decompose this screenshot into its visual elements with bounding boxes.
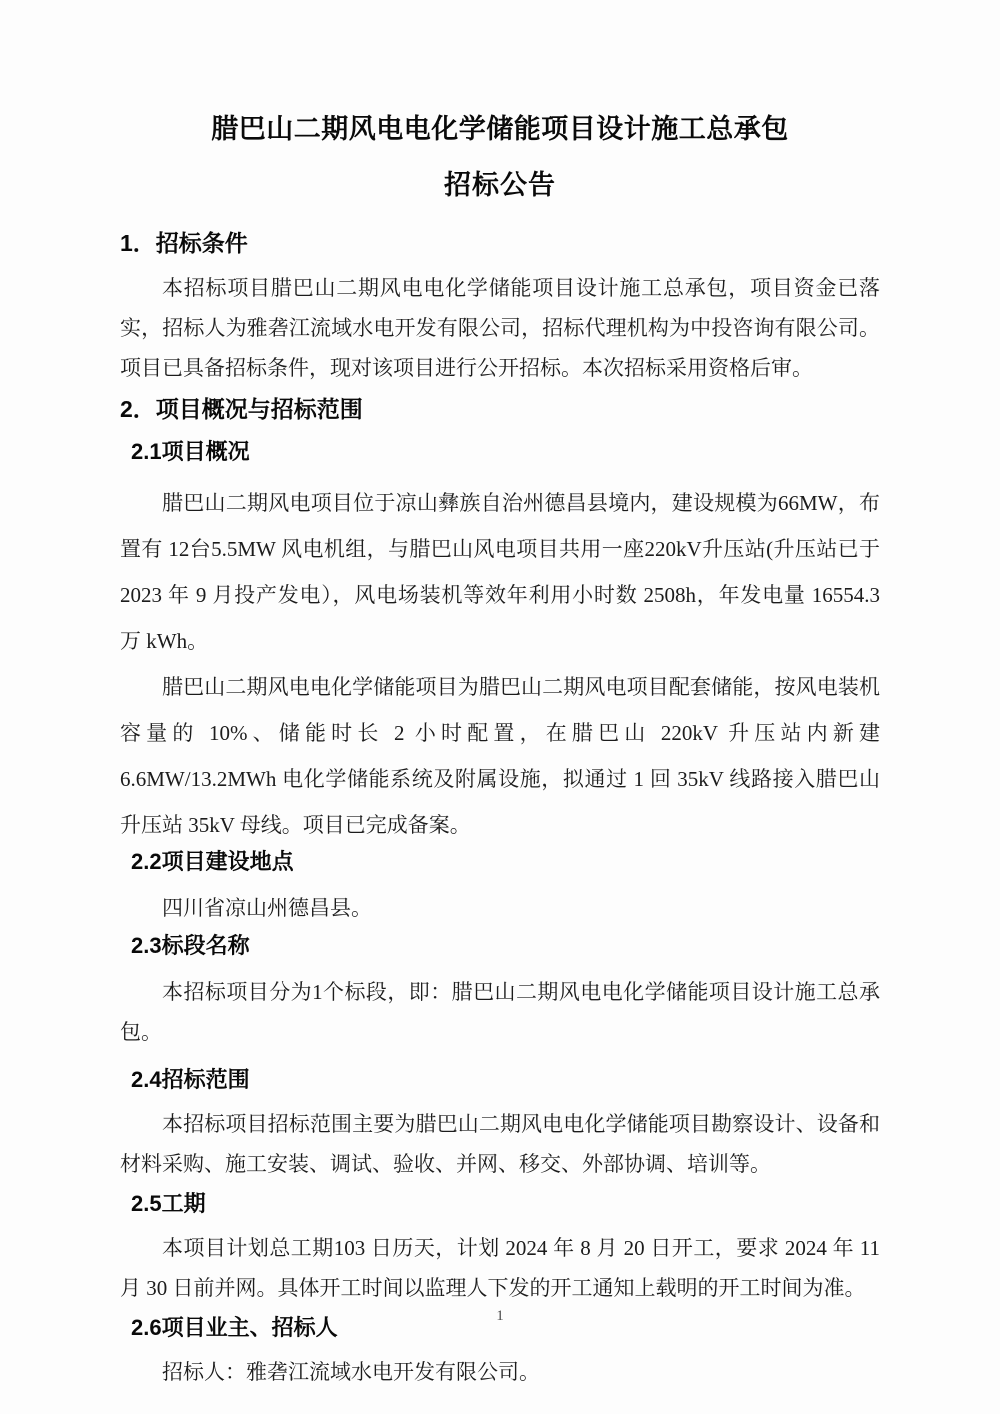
paragraph-bidding-scope: 本招标项目招标范围主要为腊巴山二期风电电化学储能项目勘察设计、设备和材料采购、施… bbox=[120, 1104, 880, 1184]
document-content: 腊巴山二期风电电化学储能项目设计施工总承包 招标公告 1．招标条件 本招标项目腊… bbox=[0, 0, 1000, 1392]
document-title: 腊巴山二期风电电化学储能项目设计施工总承包 bbox=[120, 110, 880, 148]
subsection-heading-2-4-bidding-scope: 2.4招标范围 bbox=[120, 1066, 880, 1094]
paragraph-project-location: 四川省凉山州德昌县。 bbox=[120, 888, 880, 928]
paragraph-section-name: 本招标项目分为1个标段，即：腊巴山二期风电电化学储能项目设计施工总承包。 bbox=[120, 972, 880, 1052]
page-number: 1 bbox=[0, 1308, 1000, 1325]
subsection-heading-2-5-construction-period: 2.5工期 bbox=[120, 1190, 880, 1218]
section-heading-2-project-overview-and-scope: 2．项目概况与招标范围 bbox=[120, 394, 880, 424]
subsection-heading-2-3-section-name: 2.3标段名称 bbox=[120, 932, 880, 960]
subsection-heading-2-1-project-overview: 2.1项目概况 bbox=[120, 438, 880, 466]
section-heading-1-bidding-conditions: 1．招标条件 bbox=[120, 228, 880, 258]
paragraph-bidding-conditions: 本招标项目腊巴山二期风电电化学储能项目设计施工总承包，项目资金已落实，招标人为雅… bbox=[120, 268, 880, 388]
paragraph-project-overview-wind-farm: 腊巴山二期风电项目位于凉山彝族自治州德昌县境内，建设规模为66MW，布置有 12… bbox=[120, 480, 880, 664]
paragraph-construction-period: 本项目计划总工期103 日历天，计划 2024 年 8 月 20 日开工，要求 … bbox=[120, 1228, 880, 1308]
paragraph-tenderer: 招标人：雅砻江流域水电开发有限公司。 bbox=[120, 1352, 880, 1392]
subsection-heading-2-2-project-location: 2.2项目建设地点 bbox=[120, 848, 880, 876]
paragraph-project-overview-storage: 腊巴山二期风电电化学储能项目为腊巴山二期风电项目配套储能，按风电装机容量的 10… bbox=[120, 664, 880, 848]
document-page: 腊巴山二期风电电化学储能项目设计施工总承包 招标公告 1．招标条件 本招标项目腊… bbox=[0, 0, 1000, 1414]
document-subtitle: 招标公告 bbox=[120, 166, 880, 204]
